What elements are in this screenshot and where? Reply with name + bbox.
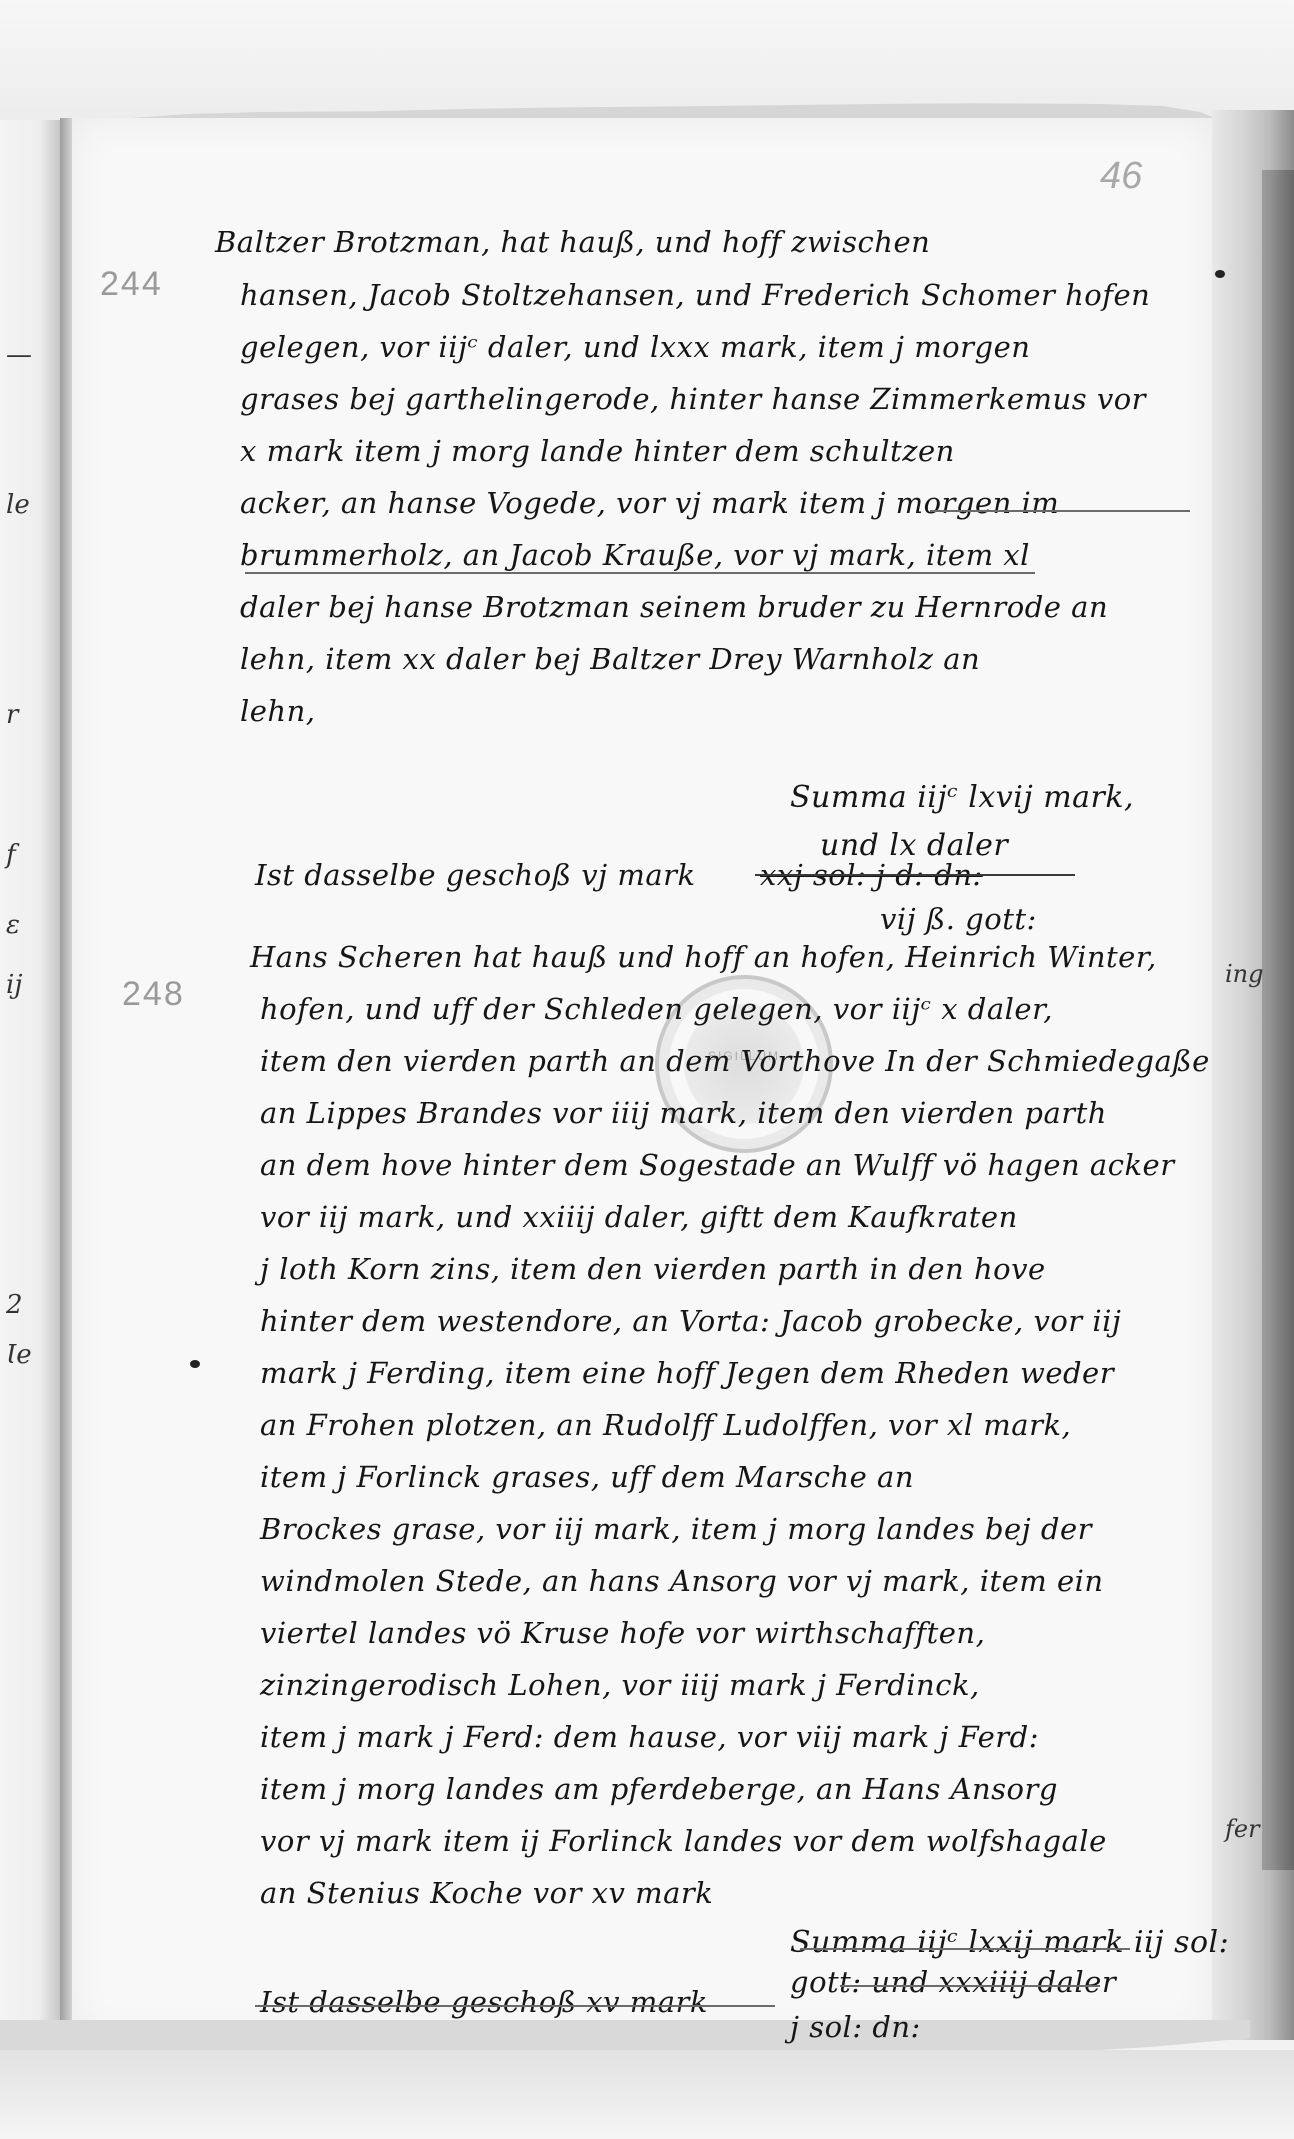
entry-1-tax-note: vij ß. gott: [880, 902, 1037, 936]
margin-number-244: 244 [100, 265, 163, 304]
entry-2-line: item j mark j Ferd: dem hause, vor viij … [260, 1720, 1039, 1754]
entry-2-line: zinzingerodisch Lohen, vor iiij mark j F… [260, 1668, 980, 1702]
entry-1-line: daler bej hanse Brotzman seinem bruder z… [240, 590, 1108, 624]
folio-number: 46 [1100, 155, 1142, 198]
strike-line [255, 2005, 775, 2007]
entry-1-line: lehn, item xx daler bej Baltzer Drey War… [240, 642, 980, 676]
ink-blot [190, 1360, 200, 1368]
left-page-fragment: ij [6, 970, 22, 1000]
entry-2-line: item j morg landes am pferdeberge, an Ha… [260, 1772, 1058, 1806]
entry-2-tax-line: Ist dasselbe geschoß xv mark [260, 1985, 708, 2019]
entry-2-line: vor vj mark item ij Forlinck landes vor … [260, 1824, 1107, 1858]
scan-background-bottom [0, 2050, 1294, 2139]
left-page-fragment: le [6, 490, 30, 520]
strike-line [755, 874, 1075, 876]
entry-2-tax-note: j sol: dn: [790, 2010, 921, 2044]
entry-2-line: j loth Korn zins, item den vierden parth… [260, 1252, 1046, 1286]
entry-2-line: Brockes grase, vor iij mark, item j morg… [260, 1512, 1092, 1546]
strike-line [800, 1948, 1130, 1950]
right-margin-note: fer [1225, 1815, 1260, 1843]
ink-blot [1215, 270, 1225, 278]
entry-2-line: vor iij mark, und xxiiij daler, giftt de… [260, 1200, 1018, 1234]
entry-2-sum: Summa iijᶜ lxxij mark iij sol: [790, 1925, 1229, 1960]
left-facing-page-edge: — le r f ɛ ij 2 Ɩe [0, 120, 65, 2030]
left-page-fragment: Ɩe [6, 1340, 32, 1370]
entry-2-line: mark j Ferding, item eine hoff Jegen dem… [260, 1356, 1114, 1390]
left-page-fragment: 2 [6, 1290, 23, 1320]
entry-2-line: an Lippes Brandes vor iiij mark, item de… [260, 1096, 1107, 1130]
entry-2-sum-continued: gott: und xxxiiij daler [790, 1965, 1116, 1999]
entry-2-line: item j Forlinck grases, uff dem Marsche … [260, 1460, 914, 1494]
strike-line [840, 1985, 1100, 1987]
entry-2-line: an Frohen plotzen, an Rudolff Ludolffen,… [260, 1408, 1071, 1442]
left-page-fragment: ɛ [6, 910, 20, 940]
entry-2-line: hinter dem westendore, an Vorta: Jacob g… [260, 1304, 1121, 1338]
entry-2-line: item den vierden parth an dem Vorthove I… [260, 1044, 1210, 1078]
entry-2-line: Hans Scheren hat hauß und hoff an hofen,… [250, 940, 1157, 974]
entry-1-tax-line: Ist dasselbe geschoß vj mark [255, 858, 696, 892]
entry-1-line: x mark item j morg lande hinter dem schu… [240, 434, 955, 468]
entry-2-line: windmolen Stede, an hans Ansorg vor vj m… [260, 1564, 1104, 1598]
underline [245, 572, 1035, 574]
binding-shadow [1262, 170, 1294, 1870]
entry-2-line: an dem hove hinter dem Sogestade an Wulf… [260, 1148, 1175, 1182]
entry-1-line: lehn, [240, 694, 316, 728]
left-page-fragment: — [6, 340, 32, 370]
entry-1-line: Baltzer Brotzman, hat hauß, und hoff zwi… [215, 225, 930, 259]
right-margin-note: ing [1225, 960, 1264, 988]
entry-1-line: brummerholz, an Jacob Krauße, vor vj mar… [240, 538, 1030, 572]
margin-number-248: 248 [122, 975, 185, 1014]
entry-1-line: grases bej garthelingerode, hinter hanse… [240, 382, 1146, 416]
entry-1-line: hansen, Jacob Stoltzehansen, und Frederi… [240, 278, 1150, 312]
entry-2-line: hofen, und uff der Schleden gelegen, vor… [260, 992, 1053, 1026]
left-page-fragment: r [6, 700, 18, 730]
entry-1-line: gelegen, vor iijᶜ daler, und lxxx mark, … [240, 330, 1030, 364]
entry-2-line: viertel landes vö Kruse hofe vor wirthsc… [260, 1616, 985, 1650]
entry-1-line: acker, an hanse Vogede, vor vj mark item… [240, 486, 1059, 520]
left-page-fragment: f [6, 840, 16, 870]
entry-1-sum: Summa iijᶜ lxvij mark, [790, 780, 1134, 815]
underline [930, 510, 1190, 512]
entry-2-line: an Stenius Koche vor xv mark [260, 1876, 713, 1910]
